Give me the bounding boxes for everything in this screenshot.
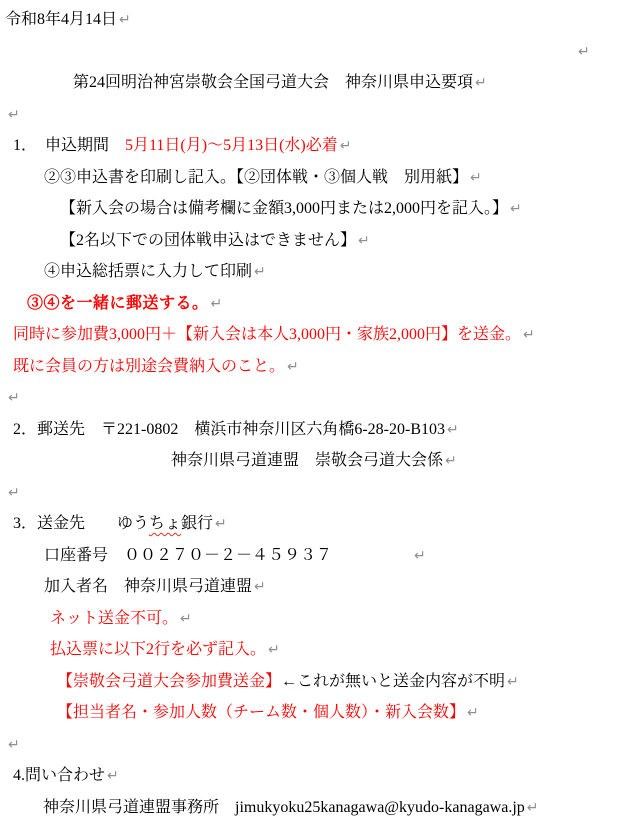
section2-heading: 2．郵送先 〒221-0802 横浜市神奈川区六角橋6-28-20-B103↵ (0, 414, 637, 446)
paragraph-return-icon: ↵ (252, 579, 266, 595)
paragraph-return-icon: ↵ (6, 737, 20, 753)
text-segment: 3．送金先 ゆう (13, 515, 149, 532)
text-segment: 払込票に以下2行を必ず記入。 (50, 641, 266, 658)
empty-line: ↵ (0, 729, 637, 761)
section3-heading: 3．送金先 ゆうちょ銀行↵ (0, 508, 637, 540)
paragraph-return-icon: ↵ (508, 201, 522, 217)
section1-step23: ②③申込書を印刷し記入。【②団体戦・③個人戦 別用紙】↵ (0, 162, 637, 194)
empty-line: ↵ (0, 477, 637, 509)
paragraph-return-icon: ↵ (6, 107, 20, 123)
text-segment: ③④を一緒に郵送する。 (27, 295, 209, 312)
section1-member-note: 既に会員の方は別途会費納入のこと。↵ (0, 351, 637, 383)
section4-heading: 4.問い合わせ↵ (0, 760, 637, 792)
section3-slip-line2: 【担当者名・参加人数（チーム数・個人数）・新入会数】↵ (0, 697, 637, 729)
section4-contact: 神奈川県弓道連盟事務所 jimukyoku25kanagawa@kyudo-ka… (0, 792, 637, 824)
section3-account-number: 口座番号 ００２７０－２－４５９３７ ↵ (0, 540, 637, 572)
text-segment: 【新入会の場合は備考欄に金額3,000円または2,000円を記入。】 (60, 200, 508, 217)
doc-title: 第24回明治神宮崇敬会全国弓道大会 神奈川県申込要項↵ (0, 67, 637, 99)
section2-addressee: 神奈川県弓道連盟 崇敬会弓道大会係↵ (0, 445, 637, 477)
paragraph-return-icon: ↵ (473, 75, 487, 91)
section1-mail-together: ③④を一緒に郵送する。↵ (0, 288, 637, 320)
paragraph-return-icon: ↵ (468, 170, 482, 186)
section3-slip-note: 払込票に以下2行を必ず記入。↵ (0, 634, 637, 666)
paragraph-return-icon: ↵ (356, 233, 370, 249)
paragraph-return-icon: ↵ (252, 264, 266, 280)
empty-line: ↵ (0, 382, 637, 414)
paragraph-return-icon: ↵ (285, 359, 299, 375)
empty-line: ↵ (0, 99, 637, 131)
paragraph-return-icon: ↵ (6, 485, 20, 501)
text-segment: 第24回明治神宮崇敬会全国弓道大会 神奈川県申込要項 (73, 74, 473, 91)
paragraph-return-icon: ↵ (465, 705, 479, 721)
text-segment: 2．郵送先 〒221-0802 横浜市神奈川区六角橋6-28-20-B103 (13, 421, 445, 438)
paragraph-return-icon: ↵ (412, 548, 426, 564)
text-segment: 銀行 (181, 515, 213, 532)
paragraph-return-icon: ↵ (521, 327, 535, 343)
text-segment: 神奈川県弓道連盟事務所 jimukyoku25kanagawa@kyudo-ka… (43, 799, 525, 816)
text-segment: ネット送金不可。 (50, 610, 178, 627)
text-segment: ②③申込書を印刷し記入。【②団体戦・③個人戦 別用紙】 (44, 169, 468, 186)
text-segment: 【担当者名・参加人数（チーム数・個人数）・新入会数】 (57, 704, 465, 721)
paragraph-return-icon: ↵ (525, 800, 539, 816)
paragraph-return-icon: ↵ (6, 390, 20, 406)
paragraph-return-icon: ↵ (213, 516, 227, 532)
section3-slip-line1: 【崇敬会弓道大会参加費送金】←これが無いと送金内容が不明↵ (0, 666, 637, 698)
paragraph-return-icon: ↵ (105, 768, 119, 784)
text-segment: 4.問い合わせ (13, 767, 105, 784)
paragraph-return-icon: ↵ (117, 12, 131, 28)
section1-heading: 1． 申込期間 5月11日(月)～5月13日(水)必着↵ (0, 130, 637, 162)
paragraph-return-icon: ↵ (178, 611, 192, 627)
paragraph-return-icon: ↵ (209, 296, 223, 312)
paragraph-return-icon: ↵ (443, 453, 457, 469)
text-segment: 5月11日(月)～5月13日(水)必着 (125, 137, 338, 154)
text-segment: 同時に参加費3,000円＋【新入会は本人3,000円・家族2,000円】を送金。 (13, 326, 521, 343)
section1-step4: ④申込総括票に入力して印刷↵ (0, 256, 637, 288)
text-segment: ←これが無いと送金内容が不明 (281, 673, 505, 690)
text-segment: 1． 申込期間 (13, 137, 125, 154)
text-segment: 既に会員の方は別途会費納入のこと。 (13, 358, 285, 375)
section3-no-net-transfer: ネット送金不可。↵ (0, 603, 637, 635)
word-document-page: 令和8年4月14日↵↵第24回明治神宮崇敬会全国弓道大会 神奈川県申込要項↵↵1… (0, 0, 637, 834)
date-line: 令和8年4月14日↵ (0, 4, 637, 36)
section3-account-name: 加入者名 神奈川県弓道連盟↵ (0, 571, 637, 603)
paragraph-return-icon: ↵ (266, 642, 280, 658)
text-segment: 令和8年4月14日 (5, 11, 117, 28)
section1-fee-line: 同時に参加費3,000円＋【新入会は本人3,000円・家族2,000円】を送金。… (0, 319, 637, 351)
text-segment: 口座番号 ００２７０－２－４５９３７ (44, 547, 412, 564)
section1-note-newmember: 【新入会の場合は備考欄に金額3,000円または2,000円を記入。】↵ (0, 193, 637, 225)
text-segment: 加入者名 神奈川県弓道連盟 (44, 578, 252, 595)
text-segment: 神奈川県弓道連盟 崇敬会弓道大会係 (171, 452, 443, 469)
paragraph-return-icon: ↵ (576, 44, 590, 60)
text-segment: 【崇敬会弓道大会参加費送金】 (57, 673, 281, 690)
section1-note-team: 【2名以下での団体戦申込はできません】↵ (0, 225, 637, 257)
text-segment: ちょ (149, 515, 181, 532)
paragraph-return-icon: ↵ (505, 674, 519, 690)
empty-line-right-mark: ↵ (0, 36, 637, 68)
text-segment: 【2名以下での団体戦申込はできません】 (60, 232, 356, 249)
paragraph-return-icon: ↵ (445, 422, 459, 438)
text-segment: ④申込総括票に入力して印刷 (44, 263, 252, 280)
paragraph-return-icon: ↵ (338, 138, 352, 154)
